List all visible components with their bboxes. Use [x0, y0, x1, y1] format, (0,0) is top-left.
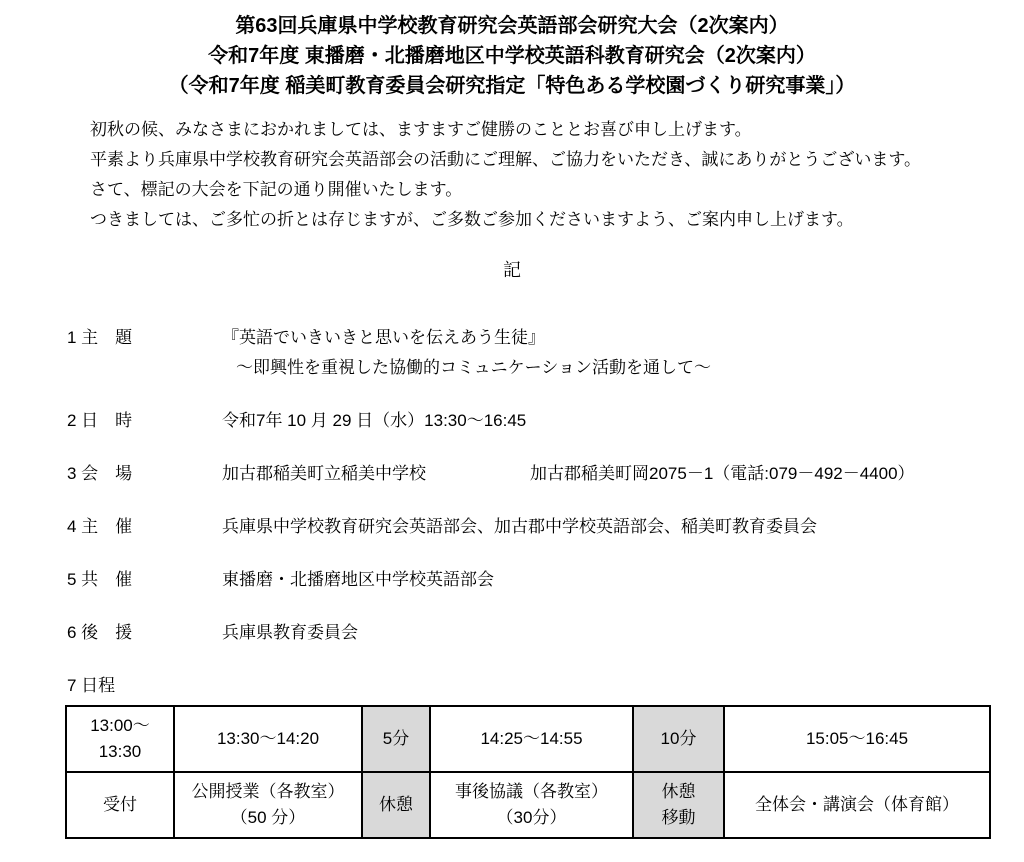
organizer-value: 兵庫県中学校教育研究会英語部会、加古郡中学校英語部会、稲美町教育委員会 [222, 512, 817, 542]
agenda-item-datetime: 2 日 時 令和7年 10 月 29 日（水）13:30～16:45 [67, 406, 1024, 436]
title-line-2: 令和7年度 東播磨・北播磨地区中学校英語科教育研究会（2次案内） [0, 41, 1024, 71]
greeting-line-1: 初秋の候、みなさまにおかれましては、ますますご健勝のこととお喜び申し上げます。 [90, 115, 1024, 145]
cell-break-move-label: 休憩 移動 [633, 772, 724, 838]
greeting-line-2: 平素より兵庫県中学校教育研究会英語部会の活動にご理解、ご協力をいただき、誠にあり… [90, 145, 1024, 175]
cell-plenary-time: 15:05～16:45 [724, 706, 990, 772]
greeting-paragraphs: 初秋の候、みなさまにおかれましては、ますますご健勝のこととお喜び申し上げます。 … [90, 115, 1024, 235]
support-value: 兵庫県教育委員会 [222, 618, 358, 648]
cell-open-class-label: 公開授業（各教室） （50 分） [174, 772, 362, 838]
cell-discussion-label: 事後協議（各教室） （30分） [430, 772, 633, 838]
co-organizer-value: 東播磨・北播磨地区中学校英語部会 [222, 565, 494, 595]
schedule-row-times: 13:00～ 13:30 13:30～14:20 5分 14:25～14:55 … [66, 706, 990, 772]
item-label-datetime: 2 日 時 [67, 406, 222, 436]
cell-break-label: 休憩 [362, 772, 430, 838]
item-label-venue: 3 会 場 [67, 459, 222, 489]
cell-plenary-label: 全体会・講演会（体育館） [724, 772, 990, 838]
item-label-organizer: 4 主 催 [67, 512, 222, 542]
title-line-1: 第63回兵庫県中学校教育研究会英語部会研究大会（2次案内） [0, 11, 1024, 41]
item-label-support: 6 後 援 [67, 618, 222, 648]
title-line-3: （令和7年度 稲美町教育委員会研究指定「特色ある学校園づくり研究事業」） [0, 71, 1024, 101]
schedule-table: 13:00～ 13:30 13:30～14:20 5分 14:25～14:55 … [65, 705, 991, 839]
item-label-theme: 1 主 題 [67, 323, 222, 383]
venue-address: 加古郡稲美町岡2075－1（電話:079－492－4400） [530, 464, 915, 483]
cell-break5-duration: 5分 [362, 706, 430, 772]
agenda-item-venue: 3 会 場 加古郡稲美町立稲美中学校加古郡稲美町岡2075－1（電話:079－4… [67, 459, 1024, 489]
agenda-item-co-organizer: 5 共 催 東播磨・北播磨地区中学校英語部会 [67, 565, 1024, 595]
agenda-item-schedule-heading: 7 日程 [67, 671, 1024, 701]
agenda-items: 1 主 題 『英語でいきいきと思いを伝えあう生徒』 ～即興性を重視した協働的コミ… [67, 323, 1024, 701]
datetime-value: 令和7年 10 月 29 日（水）13:30～16:45 [222, 406, 526, 436]
cell-open-class-time: 13:30～14:20 [174, 706, 362, 772]
cell-reception-time: 13:00～ 13:30 [66, 706, 174, 772]
cell-discussion-time: 14:25～14:55 [430, 706, 633, 772]
item-label-schedule: 7 日程 [67, 671, 222, 701]
cell-break10-duration: 10分 [633, 706, 724, 772]
agenda-item-theme: 1 主 題 『英語でいきいきと思いを伝えあう生徒』 ～即興性を重視した協働的コミ… [67, 323, 1024, 383]
greeting-line-4: つきましては、ご多忙の折とは存じますが、ご多数ご参加くださいますよう、ご案内申し… [90, 205, 1024, 235]
record-mark: 記 [0, 255, 1024, 285]
document-header: 第63回兵庫県中学校教育研究会英語部会研究大会（2次案内） 令和7年度 東播磨・… [0, 0, 1024, 101]
item-label-co-organizer: 5 共 催 [67, 565, 222, 595]
theme-title: 『英語でいきいきと思いを伝えあう生徒』 [222, 323, 711, 353]
schedule-row-activities: 受付 公開授業（各教室） （50 分） 休憩 事後協議（各教室） （30分） 休… [66, 772, 990, 838]
agenda-item-organizer: 4 主 催 兵庫県中学校教育研究会英語部会、加古郡中学校英語部会、稲美町教育委員… [67, 512, 1024, 542]
greeting-line-3: さて、標記の大会を下記の通り開催いたします。 [90, 175, 1024, 205]
agenda-item-support: 6 後 援 兵庫県教育委員会 [67, 618, 1024, 648]
theme-subtitle: ～即興性を重視した協働的コミュニケーション活動を通して～ [236, 353, 711, 383]
cell-reception-label: 受付 [66, 772, 174, 838]
document-page: 第63回兵庫県中学校教育研究会英語部会研究大会（2次案内） 令和7年度 東播磨・… [0, 0, 1024, 862]
venue-name: 加古郡稲美町立稲美中学校 [222, 464, 426, 483]
